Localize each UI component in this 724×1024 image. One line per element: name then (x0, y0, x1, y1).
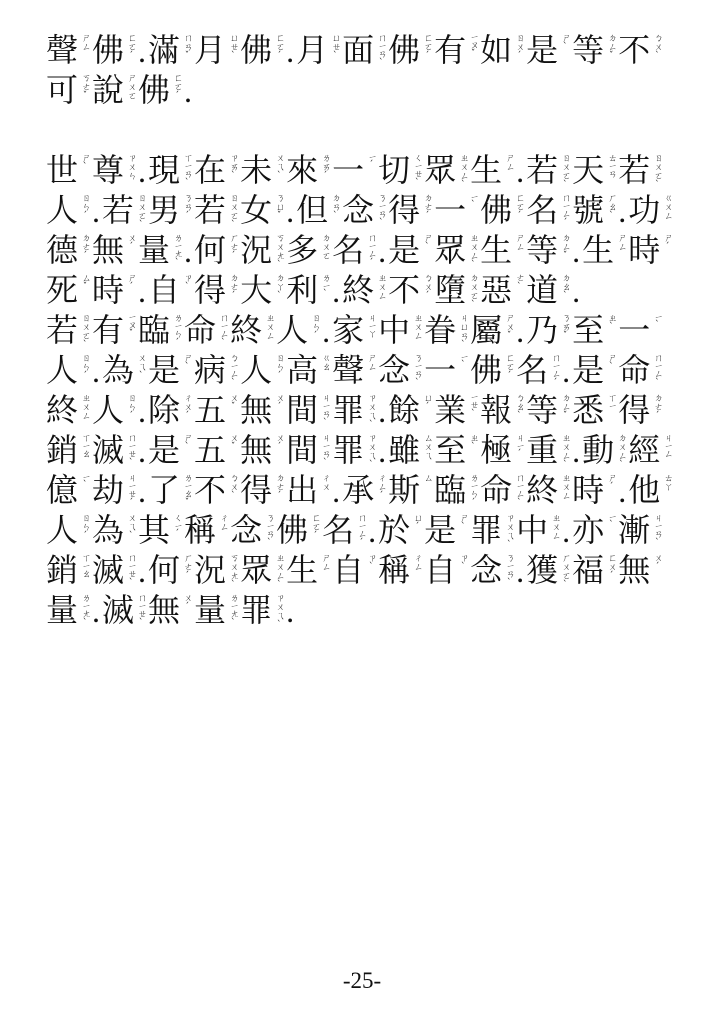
han-glyph: 何 (148, 550, 180, 590)
han-char: 大ㄉㄚˋ (240, 270, 284, 310)
han-glyph: 自 (148, 270, 180, 310)
zhuyin-annotation: ㄗㄨㄟˋ (365, 393, 376, 430)
zhuyin-annotation: ㄇㄧㄝˋ (125, 553, 136, 590)
zhuyin-annotation: ㄒㄧ (605, 393, 616, 430)
han-char: 無ㄨˊ (148, 590, 192, 630)
han-glyph: 人 (46, 510, 78, 550)
han-char: 病ㄅㄧㄥˋ (194, 350, 238, 390)
punctuation: . (138, 430, 148, 472)
han-glyph: 間 (286, 430, 318, 470)
zhuyin-annotation: ㄕㄥ (365, 353, 376, 390)
punctuation: . (618, 190, 628, 232)
han-glyph: 名 (332, 230, 364, 270)
punctuation: . (138, 470, 148, 512)
zhuyin-annotation: ㄖㄨㄛˋ (227, 193, 238, 230)
han-char: 世ㄕˋ (46, 150, 90, 190)
han-char: 是ㄕˋ (526, 30, 570, 70)
han-glyph: 功 (628, 190, 660, 230)
han-glyph: 無 (92, 230, 124, 270)
han-char: 生ㄕㄥ (470, 150, 514, 190)
punctuation: . (572, 230, 582, 272)
han-char: 多ㄉㄨㄛ (286, 230, 330, 270)
text-line: 若ㄖㄨㄛˋ有ㄧㄡˇ臨ㄌㄧㄣˊ命ㄇㄧㄥˋ終ㄓㄨㄥ人ㄖㄣˊ.家ㄐㄧㄚ中ㄓㄨㄥ眷ㄐㄩㄢ… (46, 310, 684, 350)
punctuation: . (286, 30, 296, 72)
zhuyin-annotation: ㄈㄛˊ (513, 193, 524, 230)
zhuyin-annotation: ㄖㄣˊ (125, 393, 136, 430)
zhuyin-annotation: ㄇㄧㄥˊ (365, 233, 376, 270)
han-char: 終ㄓㄨㄥ (342, 270, 386, 310)
han-char: 得ㄉㄜˊ (618, 390, 662, 430)
zhuyin-annotation: ㄓˋ (605, 313, 616, 350)
zhuyin-annotation: ㄈㄛˊ (421, 33, 432, 70)
punctuation: . (332, 270, 342, 312)
zhuyin-annotation: ㄉㄚˋ (273, 273, 284, 310)
zhuyin-annotation: ㄐㄩㄢˋ (457, 313, 468, 350)
han-char: 中ㄓㄨㄥ (516, 510, 560, 550)
han-glyph: 念 (342, 190, 374, 230)
han-char: 現ㄒㄧㄢˋ (148, 150, 192, 190)
han-char: 終ㄓㄨㄥ (526, 470, 570, 510)
han-char: 有ㄧㄡˇ (434, 30, 478, 70)
text-line: 人ㄖㄣˊ.若ㄖㄨㄛˋ男ㄋㄢˊ若ㄖㄨㄛˋ女ㄋㄩˇ.但ㄉㄢˋ念ㄋㄧㄢˋ得ㄉㄜˊ一ㄧˋ… (46, 190, 684, 230)
han-char: 墮ㄉㄨㄛˋ (434, 270, 478, 310)
han-glyph: 有 (434, 30, 466, 70)
punctuation: . (138, 30, 148, 72)
han-char: 福ㄈㄨˊ (572, 550, 616, 590)
han-glyph: 量 (194, 590, 226, 630)
han-char: 罪ㄗㄨㄟˋ (332, 430, 376, 470)
zhuyin-annotation: ㄉㄥˇ (559, 233, 570, 270)
han-char: 於ㄩˊ (378, 510, 422, 550)
zhuyin-annotation: ㄕˋ (457, 513, 468, 550)
zhuyin-annotation: ㄙ (421, 473, 432, 510)
document-page: 聲ㄕㄥ佛ㄈㄛˊ.滿ㄇㄢˇ月ㄩㄝˋ佛ㄈㄛˊ.月ㄩㄝˋ面ㄇㄧㄢˋ佛ㄈㄛˊ有ㄧㄡˇ如ㄖ… (0, 0, 724, 1024)
zhuyin-annotation: ㄧˋ (79, 473, 90, 510)
han-glyph: 中 (516, 510, 548, 550)
punctuation: . (562, 510, 572, 552)
han-glyph: 動 (582, 430, 614, 470)
han-char: 況ㄎㄨㄤˋ (240, 230, 284, 270)
zhuyin-annotation: ㄩˊ (411, 513, 422, 550)
han-glyph: 有 (92, 310, 124, 350)
han-glyph: 除 (148, 390, 180, 430)
han-char: 念ㄋㄧㄢˋ (230, 510, 274, 550)
text-line: 世ㄕˋ尊ㄗㄨㄣ.現ㄒㄧㄢˋ在ㄗㄞˋ未ㄨㄟˋ來ㄌㄞˊ一ㄧˊ切ㄑㄧㄝˋ眾ㄓㄨㄥˋ生ㄕ… (46, 150, 684, 190)
punctuation: . (516, 550, 526, 592)
han-glyph: 若 (618, 150, 650, 190)
han-char: 有ㄧㄡˇ (92, 310, 136, 350)
han-glyph: 漸 (618, 510, 650, 550)
zhuyin-annotation: ㄈㄨˊ (605, 553, 616, 590)
zhuyin-annotation: ㄕㄥ (615, 233, 626, 270)
han-glyph: 臨 (434, 470, 466, 510)
zhuyin-annotation: ㄇㄧㄥˋ (217, 313, 228, 350)
zhuyin-annotation: ㄓㄨㄥ (549, 513, 560, 550)
punctuation: . (92, 350, 102, 392)
zhuyin-annotation: ㄉㄢˋ (329, 193, 340, 230)
han-glyph: 屬 (470, 310, 502, 350)
han-char: 高ㄍㄠ (286, 350, 330, 390)
han-glyph: 間 (286, 390, 318, 430)
zhuyin-annotation: ㄊㄧㄢ (605, 153, 616, 190)
zhuyin-annotation: ㄨˇ (227, 393, 238, 430)
han-glyph: 罪 (332, 390, 364, 430)
han-char: 念ㄋㄧㄢˋ (378, 350, 422, 390)
han-char: 罪ㄗㄨㄟˋ (332, 390, 376, 430)
zhuyin-annotation: ㄉㄥˇ (559, 393, 570, 430)
han-char: 滅ㄇㄧㄝˋ (92, 550, 136, 590)
han-char: 間ㄐㄧㄢˋ (286, 390, 330, 430)
zhuyin-annotation: ㄌㄧㄣˊ (171, 313, 182, 350)
han-glyph: 銷 (46, 430, 78, 470)
zhuyin-annotation: ㄐㄧㄢˋ (651, 513, 662, 550)
han-char: 承ㄔㄥˊ (342, 470, 386, 510)
han-char: 來ㄌㄞˊ (286, 150, 330, 190)
zhuyin-annotation: ㄓㄨㄥˋ (559, 433, 570, 470)
zhuyin-annotation: ㄌㄧˋ (319, 273, 330, 310)
zhuyin-annotation: ㄉㄜˊ (273, 473, 284, 510)
han-glyph: 現 (148, 150, 180, 190)
han-char: 時ㄕˊ (572, 470, 616, 510)
zhuyin-annotation: ㄜˋ (513, 273, 524, 310)
han-glyph: 高 (286, 350, 318, 390)
han-glyph: 家 (332, 310, 364, 350)
han-glyph: 號 (572, 190, 604, 230)
punctuation: . (378, 430, 388, 472)
han-glyph: 五 (194, 430, 226, 470)
zhuyin-annotation: ㄇㄧㄝˋ (135, 593, 146, 630)
han-char: 終ㄓㄨㄥ (230, 310, 274, 350)
zhuyin-annotation: ㄐㄧㄥ (661, 433, 672, 470)
han-glyph: 至 (572, 310, 604, 350)
zhuyin-annotation: ㄔㄥ (411, 553, 422, 590)
han-char: 得ㄉㄜˊ (240, 470, 284, 510)
zhuyin-annotation: ㄖㄣˊ (273, 353, 284, 390)
han-glyph: 一 (618, 310, 650, 350)
han-char: 至ㄓˋ (572, 310, 616, 350)
han-glyph: 是 (424, 510, 456, 550)
punctuation: . (572, 270, 582, 312)
text-line: 終ㄓㄨㄥ人ㄖㄣˊ.除ㄔㄨˊ五ㄨˇ無ㄨˊ間ㄐㄧㄢˋ罪ㄗㄨㄟˋ.餘ㄩˊ業ㄧㄝˋ報ㄅㄠ… (46, 390, 684, 430)
zhuyin-annotation: ㄒㄧㄠ (79, 553, 90, 590)
han-char: 不ㄅㄨˋ (618, 30, 662, 70)
zhuyin-annotation: ㄋㄧㄢˋ (375, 193, 386, 230)
zhuyin-annotation: ㄉㄥˇ (605, 33, 616, 70)
han-char: 生ㄕㄥ (286, 550, 330, 590)
text-line: 人ㄖㄣˊ為ㄨㄟˋ其ㄑㄧˊ稱ㄔㄥ念ㄋㄧㄢˋ佛ㄈㄛˊ名ㄇㄧㄥˊ.於ㄩˊ是ㄕˋ罪ㄗㄨㄟ… (46, 510, 684, 550)
han-char: 終ㄓㄨㄥ (46, 390, 90, 430)
han-char: 佛ㄈㄛˊ (388, 30, 432, 70)
zhuyin-annotation: ㄏㄠˋ (605, 193, 616, 230)
han-char: 等ㄉㄥˇ (572, 30, 616, 70)
han-glyph: 況 (194, 550, 226, 590)
han-glyph: 眾 (424, 150, 456, 190)
han-glyph: 名 (526, 190, 558, 230)
zhuyin-annotation: ㄈㄛˊ (309, 513, 320, 550)
han-glyph: 人 (92, 390, 124, 430)
han-glyph: 極 (480, 430, 512, 470)
zhuyin-annotation: ㄖㄨㄛˋ (559, 153, 570, 190)
zhuyin-annotation: ㄖㄨㄛˋ (651, 153, 662, 190)
han-char: 量ㄌㄧㄤˋ (194, 590, 238, 630)
han-glyph: 未 (240, 150, 272, 190)
han-glyph: 墮 (434, 270, 466, 310)
zhuyin-annotation: ㄨˇ (227, 433, 238, 470)
han-char: 無ㄨˊ (92, 230, 136, 270)
han-glyph: 病 (194, 350, 226, 390)
han-char: 人ㄖㄣˊ (92, 390, 136, 430)
han-char: 經ㄐㄧㄥ (628, 430, 672, 470)
han-char: 何ㄏㄜˊ (194, 230, 238, 270)
han-glyph: 億 (46, 470, 78, 510)
han-glyph: 滅 (92, 430, 124, 470)
zhuyin-annotation: ㄇㄢˇ (181, 33, 192, 70)
zhuyin-annotation: ㄓㄨㄥ (559, 473, 570, 510)
zhuyin-annotation: ㄕㄥ (79, 33, 90, 70)
han-char: 乃ㄋㄞˇ (526, 310, 570, 350)
han-char: 天ㄊㄧㄢ (572, 150, 616, 190)
han-char: 自ㄗˋ (424, 550, 468, 590)
zhuyin-annotation: ㄎㄜˇ (79, 73, 90, 110)
han-glyph: 量 (138, 230, 170, 270)
han-glyph: 若 (102, 190, 134, 230)
han-glyph: 於 (378, 510, 410, 550)
zhuyin-annotation: ㄇㄧㄥˋ (651, 353, 662, 390)
han-glyph: 利 (286, 270, 318, 310)
zhuyin-annotation: ㄧㄡˇ (125, 313, 136, 350)
han-char: 道ㄉㄠˋ (526, 270, 570, 310)
han-char: 佛ㄈㄛˊ (470, 350, 514, 390)
han-glyph: 經 (628, 430, 660, 470)
han-char: 聲ㄕㄥ (332, 350, 376, 390)
han-char: 漸ㄐㄧㄢˋ (618, 510, 662, 550)
han-glyph: 但 (296, 190, 328, 230)
han-char: 屬ㄕㄨˇ (470, 310, 514, 350)
zhuyin-annotation: ㄕˊ (125, 273, 136, 310)
han-glyph: 劫 (92, 470, 124, 510)
han-char: 是ㄕˋ (572, 350, 616, 390)
zhuyin-annotation: ㄗㄨㄟˋ (273, 593, 284, 630)
han-glyph: 道 (526, 270, 558, 310)
han-glyph: 若 (46, 310, 78, 350)
han-char: 斯ㄙ (388, 470, 432, 510)
han-glyph: 惡 (480, 270, 512, 310)
han-char: 命ㄇㄧㄥˋ (480, 470, 524, 510)
punctuation: . (322, 310, 332, 352)
punctuation: . (138, 550, 148, 592)
han-char: 罪ㄗㄨㄟˋ (240, 590, 284, 630)
han-glyph: 眾 (240, 550, 272, 590)
han-glyph: 斯 (388, 470, 420, 510)
punctuation: . (368, 510, 378, 552)
han-glyph: 佛 (480, 190, 512, 230)
document-body: 聲ㄕㄥ佛ㄈㄛˊ.滿ㄇㄢˇ月ㄩㄝˋ佛ㄈㄛˊ.月ㄩㄝˋ面ㄇㄧㄢˋ佛ㄈㄛˊ有ㄧㄡˇ如ㄖ… (46, 30, 684, 670)
zhuyin-annotation: ㄋㄧㄢˋ (503, 553, 514, 590)
zhuyin-annotation: ㄏㄜˊ (227, 233, 238, 270)
zhuyin-annotation: ㄓㄨㄥ (263, 313, 274, 350)
zhuyin-annotation: ㄗㄨㄟˋ (365, 433, 376, 470)
han-char: 名ㄇㄧㄥˊ (516, 350, 560, 390)
han-char: 人ㄖㄣˊ (46, 510, 90, 550)
han-glyph: 量 (46, 590, 78, 630)
zhuyin-annotation: ㄔㄥ (217, 513, 228, 550)
punctuation: . (184, 230, 194, 272)
han-char: 念ㄋㄧㄢˋ (342, 190, 386, 230)
text-line: 德ㄉㄜˊ無ㄨˊ量ㄌㄧㄤˋ.何ㄏㄜˊ況ㄎㄨㄤˋ多ㄉㄨㄛ名ㄇㄧㄥˊ.是ㄕˋ眾ㄓㄨㄥˋ… (46, 230, 684, 270)
han-char: 銷ㄒㄧㄠ (46, 550, 90, 590)
zhuyin-annotation: ㄙㄨㄟ (421, 433, 432, 470)
han-char: 滅ㄇㄧㄝˋ (92, 430, 136, 470)
han-glyph: 重 (526, 430, 558, 470)
han-char: 等ㄉㄥˇ (526, 230, 570, 270)
zhuyin-annotation: ㄨㄟˋ (135, 353, 146, 390)
zhuyin-annotation: ㄐㄧㄢˋ (319, 433, 330, 470)
zhuyin-annotation: ㄇㄧㄥˊ (549, 353, 560, 390)
zhuyin-annotation: ㄐㄧㄚ (365, 313, 376, 350)
han-glyph: 業 (434, 390, 466, 430)
han-glyph: 等 (526, 230, 558, 270)
han-char: 若ㄖㄨㄛˋ (102, 190, 146, 230)
han-glyph: 餘 (388, 390, 420, 430)
han-glyph: 無 (240, 390, 272, 430)
han-char: 未ㄨㄟˋ (240, 150, 284, 190)
han-glyph: 月 (296, 30, 328, 70)
zhuyin-annotation: ㄌㄧㄠˇ (181, 473, 192, 510)
han-glyph: 男 (148, 190, 180, 230)
han-char: 如ㄖㄨˊ (480, 30, 524, 70)
punctuation: . (138, 390, 148, 432)
zhuyin-annotation: ㄕㄥ (319, 553, 330, 590)
han-glyph: 報 (480, 390, 512, 430)
zhuyin-annotation: ㄇㄧㄥˋ (513, 473, 524, 510)
han-glyph: 生 (470, 150, 502, 190)
han-glyph: 是 (526, 30, 558, 70)
zhuyin-annotation: ㄩㄝˋ (227, 33, 238, 70)
han-char: 一ㄧˋ (434, 190, 478, 230)
han-char: 念ㄋㄧㄢˋ (470, 550, 514, 590)
paragraph: 聲ㄕㄥ佛ㄈㄛˊ.滿ㄇㄢˇ月ㄩㄝˋ佛ㄈㄛˊ.月ㄩㄝˋ面ㄇㄧㄢˋ佛ㄈㄛˊ有ㄧㄡˇ如ㄖ… (46, 30, 684, 110)
han-glyph: 無 (618, 550, 650, 590)
han-char: 自ㄗˋ (148, 270, 192, 310)
han-glyph: 不 (388, 270, 420, 310)
text-line: 人ㄖㄣˊ.為ㄨㄟˋ是ㄕˋ病ㄅㄧㄥˋ人ㄖㄣˊ高ㄍㄠ聲ㄕㄥ念ㄋㄧㄢˋ一ㄧˋ佛ㄈㄛˊ名… (46, 350, 684, 390)
han-char: 稱ㄔㄥ (378, 550, 422, 590)
punctuation: . (562, 350, 572, 392)
han-glyph: 死 (46, 270, 78, 310)
han-char: 極ㄐㄧˊ (480, 430, 524, 470)
han-glyph: 中 (378, 310, 410, 350)
han-char: 滅ㄇㄧㄝˋ (102, 590, 146, 630)
zhuyin-annotation: ㄨˊ (651, 553, 662, 590)
zhuyin-annotation: ㄇㄧㄥˊ (355, 513, 366, 550)
han-char: 說ㄕㄨㄛ (92, 70, 136, 110)
han-glyph: 是 (572, 350, 604, 390)
punctuation: . (92, 190, 102, 232)
han-glyph: 佛 (276, 510, 308, 550)
han-char: 為ㄨㄟˋ (102, 350, 146, 390)
han-glyph: 是 (148, 430, 180, 470)
zhuyin-annotation: ㄖㄨˊ (513, 33, 524, 70)
han-char: 等ㄉㄥˇ (526, 390, 570, 430)
zhuyin-annotation: ㄖㄨㄛˋ (135, 193, 146, 230)
han-char: 得ㄉㄜˊ (194, 270, 238, 310)
han-glyph: 得 (194, 270, 226, 310)
zhuyin-annotation: ㄈㄛˊ (503, 353, 514, 390)
zhuyin-annotation: ㄗˋ (457, 553, 468, 590)
han-char: 了ㄌㄧㄠˇ (148, 470, 192, 510)
zhuyin-annotation: ㄋㄧㄢˋ (411, 353, 422, 390)
han-char: 德ㄉㄜˊ (46, 230, 90, 270)
han-glyph: 天 (572, 150, 604, 190)
han-glyph: 多 (286, 230, 318, 270)
han-glyph: 念 (230, 510, 262, 550)
han-glyph: 滅 (102, 590, 134, 630)
zhuyin-annotation: ㄧˋ (467, 193, 478, 230)
zhuyin-annotation: ㄓㄨㄥˋ (457, 153, 468, 190)
han-glyph: 佛 (92, 30, 124, 70)
zhuyin-annotation: ㄕˋ (605, 353, 616, 390)
han-char: 聲ㄕㄥ (46, 30, 90, 70)
han-glyph: 自 (424, 550, 456, 590)
han-glyph: 在 (194, 150, 226, 190)
han-char: 間ㄐㄧㄢˋ (286, 430, 330, 470)
zhuyin-annotation: ㄉㄜˊ (227, 273, 238, 310)
han-char: 時ㄕˊ (92, 270, 136, 310)
han-glyph: 人 (276, 310, 308, 350)
zhuyin-annotation: ㄨˊ (273, 433, 284, 470)
zhuyin-annotation: ㄅㄨˋ (227, 473, 238, 510)
han-glyph: 面 (342, 30, 374, 70)
han-glyph: 亦 (572, 510, 604, 550)
han-char: 五ㄨˇ (194, 430, 238, 470)
han-glyph: 若 (526, 150, 558, 190)
punctuation: . (332, 470, 342, 512)
han-glyph: 何 (194, 230, 226, 270)
punctuation: . (92, 590, 102, 632)
zhuyin-annotation: ㄋㄞˇ (559, 313, 570, 350)
han-char: 命ㄇㄧㄥˋ (184, 310, 228, 350)
han-glyph: 為 (102, 350, 134, 390)
zhuyin-annotation: ㄌㄧㄤˋ (171, 233, 182, 270)
han-char: 量ㄌㄧㄤˋ (138, 230, 182, 270)
han-char: 臨ㄌㄧㄣˊ (138, 310, 182, 350)
han-char: 家ㄐㄧㄚ (332, 310, 376, 350)
zhuyin-annotation: ㄧˊ (365, 153, 376, 190)
zhuyin-annotation: ㄖㄨㄛˋ (79, 313, 90, 350)
han-glyph: 來 (286, 150, 318, 190)
punctuation: . (184, 70, 194, 112)
han-glyph: 世 (46, 150, 78, 190)
text-line: 聲ㄕㄥ佛ㄈㄛˊ.滿ㄇㄢˇ月ㄩㄝˋ佛ㄈㄛˊ.月ㄩㄝˋ面ㄇㄧㄢˋ佛ㄈㄛˊ有ㄧㄡˇ如ㄖ… (46, 30, 684, 70)
zhuyin-annotation: ㄨㄟˋ (273, 153, 284, 190)
zhuyin-annotation: ㄓˋ (467, 433, 478, 470)
zhuyin-annotation: ㄒㄧㄢˋ (181, 153, 192, 190)
han-char: 其ㄑㄧˊ (138, 510, 182, 550)
zhuyin-annotation: ㄋㄢˊ (181, 193, 192, 230)
han-glyph: 稱 (378, 550, 410, 590)
zhuyin-annotation: ㄉㄜˊ (79, 233, 90, 270)
zhuyin-annotation: ㄎㄨㄤˋ (227, 553, 238, 590)
han-char: 五ㄨˇ (194, 390, 238, 430)
han-char: 人ㄖㄣˊ (46, 350, 90, 390)
han-glyph: 自 (332, 550, 364, 590)
han-glyph: 女 (240, 190, 272, 230)
zhuyin-annotation: ㄌㄧㄤˋ (227, 593, 238, 630)
text-line: 銷ㄒㄧㄠ滅ㄇㄧㄝˋ.何ㄏㄜˊ況ㄎㄨㄤˋ眾ㄓㄨㄥˋ生ㄕㄥ自ㄗˋ稱ㄔㄥ自ㄗˋ念ㄋㄧㄢ… (46, 550, 684, 590)
zhuyin-annotation: ㄉㄨㄥˋ (615, 433, 626, 470)
han-glyph: 無 (240, 430, 272, 470)
han-glyph: 若 (194, 190, 226, 230)
